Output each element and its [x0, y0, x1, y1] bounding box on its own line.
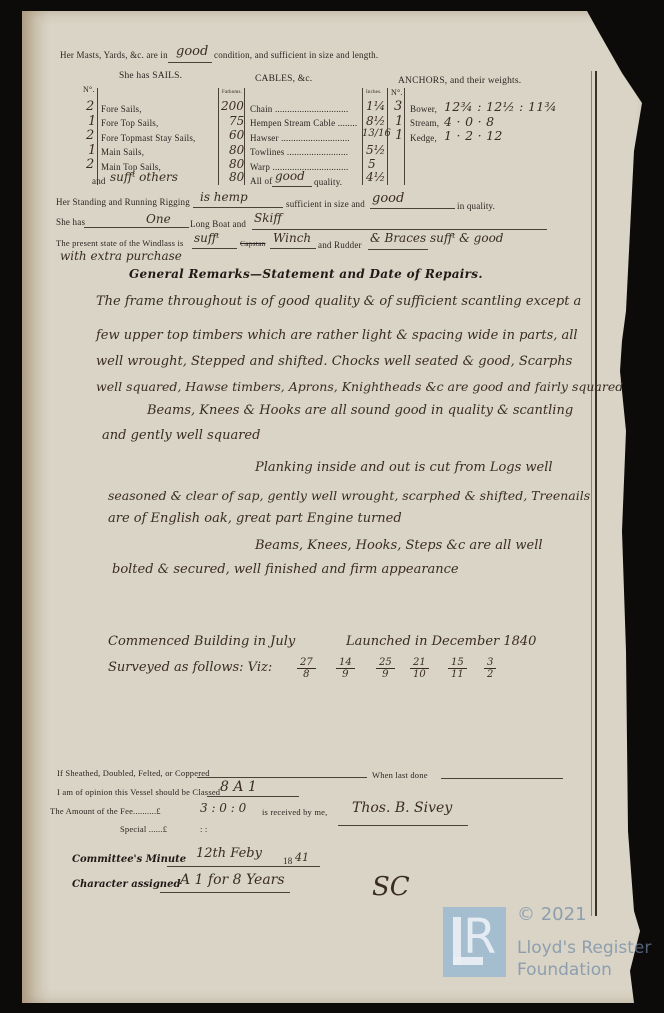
masts-label: Her Masts, Yards, &c. are in [60, 50, 168, 60]
character-value: A 1 for 8 Years [180, 872, 285, 888]
sails-no-header: N°. [83, 85, 95, 94]
special-label: Special ......£ [120, 824, 167, 834]
surveyor-signature: Thos. B. Sivey [352, 800, 452, 816]
windlass-field-1 [192, 248, 237, 249]
cable-label: Hempen Stream Cable ........ [250, 118, 357, 128]
anchors-header: ANCHORS, and their weights. [398, 76, 521, 86]
committee-label: Committee's Minute [72, 854, 186, 865]
windlass-field-3 [368, 249, 428, 250]
commenced-building: Commenced Building in July [108, 634, 295, 649]
classed-value: 8 A 1 [220, 779, 257, 795]
cable-label: Towlines ......................... [250, 147, 348, 157]
anchor-count: 1 [395, 114, 403, 129]
anchor-label: Stream, [410, 118, 439, 128]
anchors-col-rule [404, 88, 405, 185]
rigging-value-2: good [372, 191, 404, 206]
sail-count: 2 [86, 128, 94, 143]
rigging-label: Her Standing and Running Rigging [56, 197, 190, 207]
windlass-value-1: suffᵗ [194, 231, 219, 245]
watermark-line-2: Foundation [517, 960, 612, 980]
cables-header: CABLES, &c. [255, 74, 312, 84]
remarks-line: bolted & secured, well finished and firm… [112, 562, 459, 577]
anchors-no-header: N°. [391, 88, 403, 97]
committee-date: 12th Feby [196, 846, 262, 861]
sail-count: 2 [86, 99, 94, 114]
when-last-done-label: When last done [372, 770, 428, 780]
cable-inches: 5½ [366, 143, 385, 157]
special-value: : : [200, 824, 207, 834]
lr-logo-icon: R [443, 907, 506, 977]
sail-label: Fore Sails, [101, 104, 142, 114]
inches-header: Inches. [366, 90, 382, 95]
boats-field-1 [84, 227, 189, 228]
character-field [160, 892, 290, 893]
sails-col-rule [97, 88, 98, 185]
committee-year-value: 41 [295, 851, 309, 864]
windlass-value-3: & Braces suffᵗ & good [370, 231, 503, 245]
anchor-count: 3 [394, 99, 402, 114]
rigging-field-2 [370, 208, 455, 209]
windlass-rudder-label: and Rudder [318, 240, 362, 250]
fee-suffix: is received by me, [262, 807, 327, 817]
cable-inches: 5 [368, 157, 376, 171]
fathoms-header: Fathoms. [222, 90, 242, 95]
sails-and-label: and [92, 176, 106, 186]
cable-inches: 4½ [366, 170, 385, 184]
boats-value-1: One [146, 212, 171, 226]
cable-fathoms: 80 [229, 157, 244, 171]
cable-label: All of [250, 176, 272, 186]
cable-label-suffix: quality. [314, 177, 342, 187]
cable-inches: 13/16 [362, 128, 391, 139]
cable-fathoms: 75 [229, 114, 244, 128]
signature-underline [338, 825, 468, 826]
masts-suffix: condition, and sufficient in size and le… [214, 50, 378, 60]
anchor-count: 1 [395, 128, 403, 143]
masts-field [168, 62, 212, 63]
fee-value: 3 : 0 : 0 [200, 801, 246, 815]
survey-date: 32 [484, 657, 496, 680]
remarks-title: General Remarks—Statement and Date of Re… [129, 267, 483, 281]
boats-field-2 [252, 229, 547, 230]
boats-label: She has [56, 217, 85, 227]
anchor-label: Bower, [410, 104, 437, 114]
cable-quality-value: good [275, 169, 305, 183]
masts-value: good [176, 44, 208, 59]
survey-date: 1511 [448, 657, 467, 680]
sail-label: Fore Top Sails, [101, 118, 158, 128]
anchor-weights: 4 · 0 · 8 [444, 114, 494, 129]
when-last-done-field [441, 778, 563, 779]
remarks-line: Beams, Knees & Hooks are all sound good … [147, 403, 573, 418]
remarks-line: well squared, Hawse timbers, Aprons, Kni… [96, 379, 623, 394]
sails-header: She has SAILS. [119, 71, 182, 81]
sail-label: Main Sails, [101, 147, 144, 157]
windlass-field-2 [270, 248, 316, 249]
surveyed-as-follows: Surveyed as follows: Viz: [108, 660, 272, 675]
cable-label: Hawser ............................ [250, 133, 350, 143]
fathoms-col-rule-left [218, 88, 219, 185]
remarks-line: Planking inside and out is cut from Logs… [255, 460, 553, 475]
watermark-line-1: Lloyd's Register [517, 938, 651, 958]
fee-label: The Amount of the Fee..........£ [50, 806, 161, 816]
boats-value-2: Skiff [254, 211, 282, 225]
survey-date: 278 [297, 657, 316, 680]
anchor-label: Kedge, [410, 133, 437, 143]
watermark-copyright: © 2021 [517, 904, 587, 925]
windlass-capstan-struck: Capstan [240, 239, 266, 248]
cable-fathoms: 80 [229, 143, 244, 157]
anchor-weights: 1 · 2 · 12 [444, 128, 503, 143]
windlass-line-2: with extra purchase [60, 249, 182, 263]
remarks-line: The frame throughout is of good quality … [96, 294, 581, 309]
committee-year-prefix: 18 [283, 856, 292, 866]
rigging-value-1: is hemp [200, 190, 248, 204]
survey-date: 259 [376, 657, 395, 680]
committee-initials: SC [372, 872, 410, 902]
survey-date: 149 [336, 657, 355, 680]
windlass-value-2: Winch [273, 231, 311, 245]
survey-date: 2110 [410, 657, 429, 680]
margin-rule [591, 71, 592, 916]
character-label: Character assigned [72, 879, 180, 890]
cable-fathoms: 80 [229, 170, 244, 184]
cable-inches: 8½ [366, 114, 385, 128]
sail-label: Fore Topmast Stay Sails, [101, 133, 196, 143]
committee-field [167, 866, 320, 867]
windlass-label: The present state of the Windlass is [56, 238, 184, 248]
classed-field [207, 796, 299, 797]
sail-count: 1 [88, 143, 96, 158]
classed-label: I am of opinion this Vessel should be Cl… [57, 787, 220, 797]
remarks-line: few upper top timbers which are rather l… [96, 328, 578, 343]
remarks-line: seasoned & clear of sap, gently well wro… [108, 488, 590, 503]
rigging-suffix: in quality. [457, 201, 495, 211]
remarks-line: well wrought, Stepped and shifted. Chock… [96, 354, 572, 369]
cable-fathoms: 60 [229, 128, 244, 142]
margin-rule [595, 71, 597, 916]
sails-and-value: suffᵗ others [110, 170, 178, 184]
remarks-line: are of English oak, great part Engine tu… [108, 511, 402, 526]
remarks-line: Beams, Knees, Hooks, Steps &c are all we… [255, 538, 543, 553]
launched: Launched in December 1840 [346, 634, 536, 649]
sheathed-label: If Sheathed, Doubled, Felted, or Coppere… [57, 768, 210, 778]
remarks-line: and gently well squared [102, 428, 260, 443]
cable-quality-field [272, 186, 312, 187]
sail-count: 2 [86, 157, 94, 172]
cable-inches: 1¼ [366, 99, 385, 113]
cable-label: Chain .............................. [250, 104, 348, 114]
rigging-field-1 [193, 207, 283, 208]
rigging-mid: sufficient in size and [286, 199, 365, 209]
boats-mid: Long Boat and [190, 219, 246, 229]
cable-fathoms: 200 [221, 99, 244, 113]
anchor-weights: 12¾ : 12½ : 11¾ [444, 99, 557, 114]
sheathed-field [197, 777, 367, 778]
sail-count: 1 [88, 114, 96, 129]
